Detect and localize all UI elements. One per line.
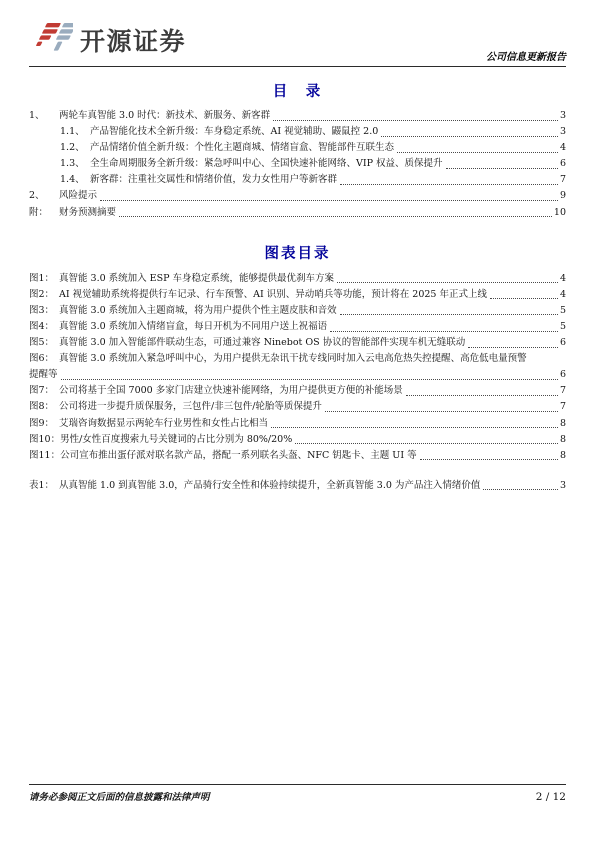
entry-label: 图6： — [29, 351, 59, 367]
dot-leader — [490, 298, 558, 299]
entry-page: 7 — [560, 172, 566, 188]
dot-leader — [273, 120, 558, 121]
dot-leader — [483, 489, 558, 490]
entry-text: 提醒等 — [29, 367, 58, 383]
entry-label: 图9： — [29, 416, 59, 432]
entry-label: 图8： — [29, 399, 59, 415]
entry-label: 1.1、 — [60, 124, 90, 140]
figure-entry[interactable]: 图7：公司将基于全国 7000 多家门店建立快速补能网络，为用户提供更方便的补能… — [29, 383, 566, 399]
entry-text: 产品情绪价值全新升级：个性化主题商城、情绪盲盒、智能部件互联生态 — [90, 140, 394, 156]
entry-page: 8 — [560, 416, 566, 432]
entry-page: 6 — [560, 156, 566, 172]
brand-logo-icon — [31, 20, 73, 60]
entry-text: 全生命周期服务全新升级：紧急呼叫中心、全国快速补能网络、VIP 权益、质保提升 — [90, 156, 443, 172]
figure-entry[interactable]: 图4：真智能 3.0 系统加入情绪盲盒，每日开机为不同用户送上祝福语5 — [29, 319, 566, 335]
dot-leader — [325, 411, 558, 412]
entry-text: 财务预测摘要 — [59, 205, 116, 221]
toc-entry[interactable]: 1.2、产品情绪价值全新升级：个性化主题商城、情绪盲盒、智能部件互联生态4 — [60, 140, 566, 156]
report-header: 开源证券 公司信息更新报告 — [29, 0, 566, 67]
entry-label: 1、 — [29, 108, 59, 124]
entry-page: 5 — [560, 303, 566, 319]
footer-disclaimer: 请务必参阅正文后面的信息披露和法律声明 — [29, 789, 210, 803]
dot-leader — [100, 200, 558, 201]
entry-page: 7 — [560, 399, 566, 415]
report-footer: 请务必参阅正文后面的信息披露和法律声明 2 / 12 — [29, 784, 566, 803]
dot-leader — [446, 168, 558, 169]
dot-leader — [295, 443, 558, 444]
figure-entry[interactable]: 图1：真智能 3.0 系统加入 ESP 车身稳定系统，能够提供最优刹车方案4 — [29, 271, 566, 287]
entry-page: 9 — [560, 188, 566, 204]
entry-text: 真智能 3.0 系统加入紧急呼叫中心，为用户提供无杂讯干扰专线同时加入云电高危热… — [59, 351, 566, 367]
page-indicator: 2 / 12 — [536, 791, 566, 803]
dot-leader — [340, 184, 558, 185]
entry-label: 图5： — [29, 335, 59, 351]
dot-leader — [330, 331, 558, 332]
entry-text: 真智能 3.0 系统加入 ESP 车身稳定系统，能够提供最优刹车方案 — [59, 271, 334, 287]
entry-label: 1.3、 — [60, 156, 90, 172]
toc-list: 1、两轮车真智能 3.0 时代：新技术、新服务、新客群31.1、产品智能化技术全… — [29, 108, 566, 221]
entry-page: 8 — [560, 432, 566, 448]
entry-text: 两轮车真智能 3.0 时代：新技术、新服务、新客群 — [59, 108, 270, 124]
figure-list: 图1：真智能 3.0 系统加入 ESP 车身稳定系统，能够提供最优刹车方案4图2… — [29, 271, 566, 464]
dot-leader — [420, 459, 558, 460]
toc-entry[interactable]: 1.4、新客群：注重社交属性和情绪价值，发力女性用户等新客群7 — [60, 172, 566, 188]
report-page: 开源证券 公司信息更新报告 目 录 1、两轮车真智能 3.0 时代：新技术、新服… — [0, 0, 595, 841]
toc-entry[interactable]: 附：财务预测摘要10 — [29, 205, 566, 221]
toc-entry[interactable]: 1.3、全生命周期服务全新升级：紧急呼叫中心、全国快速补能网络、VIP 权益、质… — [60, 156, 566, 172]
entry-page: 3 — [560, 478, 566, 494]
entry-label: 附： — [29, 205, 59, 221]
figure-toc-title: 图表目录 — [29, 242, 566, 263]
table-entry[interactable]: 表1：从真智能 1.0 到真智能 3.0，产品骑行安全性和体验持续提升，全新真智… — [29, 478, 566, 494]
entry-label: 图3： — [29, 303, 59, 319]
dot-leader — [340, 314, 558, 315]
entry-text: 真智能 3.0 系统加入主题商城，将为用户提供个性主题皮肤和音效 — [59, 303, 337, 319]
entry-page: 4 — [560, 287, 566, 303]
entry-text: 公司将进一步提升质保服务，三包件/非三包件/轮胎等质保提升 — [59, 399, 322, 415]
entry-text: 真智能 3.0 系统加入情绪盲盒，每日开机为不同用户送上祝福语 — [59, 319, 327, 335]
toc-entry[interactable]: 1、两轮车真智能 3.0 时代：新技术、新服务、新客群3 — [29, 108, 566, 124]
entry-label: 图7： — [29, 383, 59, 399]
brand-logo: 开源证券 — [31, 20, 186, 60]
section-gap — [29, 464, 566, 478]
entry-label: 图10： — [29, 432, 60, 448]
figure-entry[interactable]: 图9：艾瑞咨询数据显示两轮车行业男性和女性占比相当8 — [29, 416, 566, 432]
figure-entry[interactable]: 图8：公司将进一步提升质保服务，三包件/非三包件/轮胎等质保提升7 — [29, 399, 566, 415]
entry-page: 6 — [560, 335, 566, 351]
dot-leader — [337, 282, 558, 283]
entry-text: 艾瑞咨询数据显示两轮车行业男性和女性占比相当 — [59, 416, 268, 432]
entry-page: 10 — [554, 205, 566, 221]
entry-label: 图11： — [29, 448, 60, 464]
entry-page: 6 — [560, 367, 566, 383]
toc-page-body: 目 录 1、两轮车真智能 3.0 时代：新技术、新服务、新客群31.1、产品智能… — [29, 80, 566, 494]
dot-leader — [381, 136, 558, 137]
dot-leader — [406, 395, 558, 396]
toc-title: 目 录 — [29, 80, 566, 101]
entry-label: 表1： — [29, 478, 59, 494]
brand-name: 开源证券 — [80, 22, 186, 58]
entry-text: AI 视觉辅助系统将提供行车记录、行车预警、AI 识别、异动哨兵等功能，预计将在… — [59, 287, 487, 303]
entry-label: 图1： — [29, 271, 59, 287]
entry-text: 公司将基于全国 7000 多家门店建立快速补能网络，为用户提供更方便的补能场景 — [59, 383, 403, 399]
figure-entry[interactable]: 图5：真智能 3.0 加入智能部件联动生态，可通过兼容 Ninebot OS 协… — [29, 335, 566, 351]
figure-entry[interactable]: 图3：真智能 3.0 系统加入主题商城，将为用户提供个性主题皮肤和音效5 — [29, 303, 566, 319]
entry-text: 男性/女性百度搜索九号关键词的占比分别为 80%/20% — [60, 432, 292, 448]
entry-label: 图4： — [29, 319, 59, 335]
entry-page: 5 — [560, 319, 566, 335]
figure-entry[interactable]: 图11：公司宣布推出蛋仔派对联名款产品，搭配一系列联名头盔、NFC 钥匙卡、主题… — [29, 448, 566, 464]
figure-entry-continuation[interactable]: 提醒等6 — [29, 367, 566, 383]
entry-page: 3 — [560, 108, 566, 124]
entry-text: 产品智能化技术全新升级：车身稳定系统、AI 视觉辅助、鼹鼠控 2.0 — [90, 124, 378, 140]
toc-entry[interactable]: 1.1、产品智能化技术全新升级：车身稳定系统、AI 视觉辅助、鼹鼠控 2.03 — [60, 124, 566, 140]
entry-text: 新客群：注重社交属性和情绪价值，发力女性用户等新客群 — [90, 172, 337, 188]
entry-text: 公司宣布推出蛋仔派对联名款产品，搭配一系列联名头盔、NFC 钥匙卡、主题 UI … — [60, 448, 417, 464]
entry-text: 真智能 3.0 加入智能部件联动生态，可通过兼容 Ninebot OS 协议的智… — [59, 335, 465, 351]
entry-text: 风险提示 — [59, 188, 97, 204]
entry-page: 3 — [560, 124, 566, 140]
table-list: 表1：从真智能 1.0 到真智能 3.0，产品骑行安全性和体验持续提升，全新真智… — [29, 478, 566, 494]
entry-page: 7 — [560, 383, 566, 399]
figure-entry[interactable]: 图2：AI 视觉辅助系统将提供行车记录、行车预警、AI 识别、异动哨兵等功能，预… — [29, 287, 566, 303]
entry-page: 4 — [560, 140, 566, 156]
dot-leader — [397, 152, 558, 153]
dot-leader — [119, 216, 552, 217]
entry-page: 4 — [560, 271, 566, 287]
dot-leader — [468, 347, 558, 348]
entry-label: 2、 — [29, 188, 59, 204]
toc-entry[interactable]: 2、风险提示9 — [29, 188, 566, 204]
report-type-label: 公司信息更新报告 — [486, 48, 566, 63]
dot-leader — [271, 427, 558, 428]
entry-label: 图2： — [29, 287, 59, 303]
dot-leader — [61, 379, 558, 380]
entry-page: 8 — [560, 448, 566, 464]
entry-text: 从真智能 1.0 到真智能 3.0，产品骑行安全性和体验持续提升，全新真智能 3… — [59, 478, 480, 494]
entry-label: 1.2、 — [60, 140, 90, 156]
figure-entry[interactable]: 图6：真智能 3.0 系统加入紧急呼叫中心，为用户提供无杂讯干扰专线同时加入云电… — [29, 351, 566, 367]
entry-label: 1.4、 — [60, 172, 90, 188]
figure-entry[interactable]: 图10：男性/女性百度搜索九号关键词的占比分别为 80%/20%8 — [29, 432, 566, 448]
